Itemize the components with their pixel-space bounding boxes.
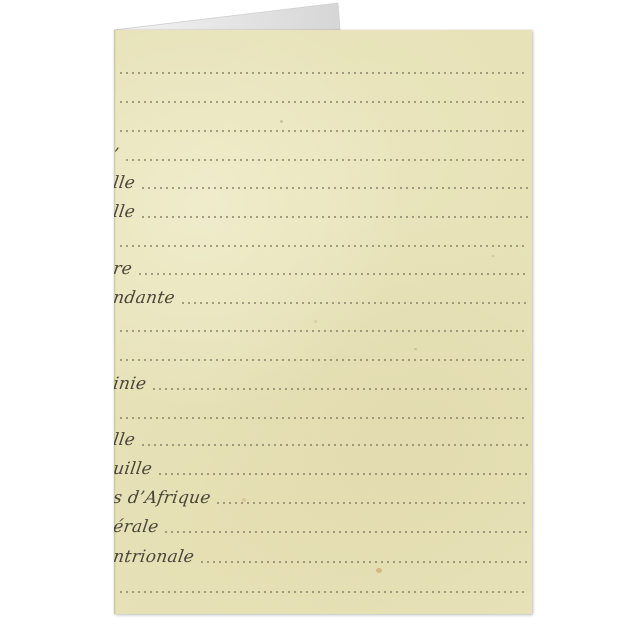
- paper-speck: [314, 320, 317, 323]
- dotted-leader: [140, 216, 528, 218]
- ledger-label: ’: [114, 146, 120, 164]
- dotted-leader: [118, 359, 528, 361]
- ledger-label: inie: [114, 375, 148, 393]
- ledger-line: [114, 342, 532, 364]
- paper-speck: [414, 348, 417, 350]
- ledger-label: lle: [114, 174, 136, 192]
- dotted-leader: [140, 444, 528, 446]
- ledger-label: érale: [114, 518, 160, 536]
- dotted-leader: [118, 417, 528, 419]
- dotted-leader: [118, 330, 528, 332]
- dotted-leader: [118, 591, 528, 593]
- ledger-line: lle: [114, 170, 532, 192]
- ledger-line: [114, 400, 532, 422]
- ledger-label: s d’Afrique: [114, 489, 212, 507]
- dotted-leader: [199, 561, 528, 563]
- ledger-line: [114, 605, 532, 614]
- ledger-label: lle: [114, 431, 136, 449]
- paper-speck: [242, 498, 246, 502]
- ledger-line: [114, 574, 532, 596]
- ledger-line: [114, 228, 532, 250]
- ledger-line: [114, 55, 532, 77]
- canvas: ’ lle lle re ndante: [0, 0, 644, 644]
- ledger-label: lle: [114, 203, 136, 221]
- ledger-line: [114, 313, 532, 335]
- ledger-label: uille: [114, 460, 153, 478]
- dotted-leader: [180, 302, 528, 304]
- ledger-line: lle: [114, 427, 532, 449]
- ledger-line: ndante: [114, 285, 532, 307]
- dotted-leader: [118, 101, 528, 103]
- ledger-line: re: [114, 256, 532, 278]
- ledger-line: érale: [114, 514, 532, 536]
- ledger-line: ’: [114, 142, 532, 164]
- dotted-leader: [151, 388, 528, 390]
- paper-speck: [492, 255, 494, 257]
- ledger-label: ntrionale: [114, 548, 195, 566]
- ledger-line: ntrionale: [114, 544, 532, 566]
- dotted-leader: [215, 502, 528, 504]
- dotted-leader: [137, 273, 528, 275]
- ledger-label: ndante: [114, 289, 176, 307]
- dotted-leader: [140, 187, 528, 189]
- ledger-line: uille: [114, 456, 532, 478]
- ledger-label: re: [114, 260, 133, 278]
- greeting-card-front: ’ lle lle re ndante: [114, 30, 532, 614]
- dotted-leader: [157, 473, 528, 475]
- dotted-leader: [118, 245, 528, 247]
- ledger-line: lle: [114, 199, 532, 221]
- paper-speck: [376, 568, 382, 573]
- dotted-leader: [163, 531, 528, 533]
- ledger-line: inie: [114, 371, 532, 393]
- dotted-leader: [118, 72, 528, 74]
- ledger-line: s d’Afrique: [114, 485, 532, 507]
- dotted-leader: [124, 159, 528, 161]
- ledger-line: [114, 84, 532, 106]
- paper-speck: [280, 120, 283, 123]
- ledger-line: [114, 113, 532, 135]
- dotted-leader: [118, 130, 528, 132]
